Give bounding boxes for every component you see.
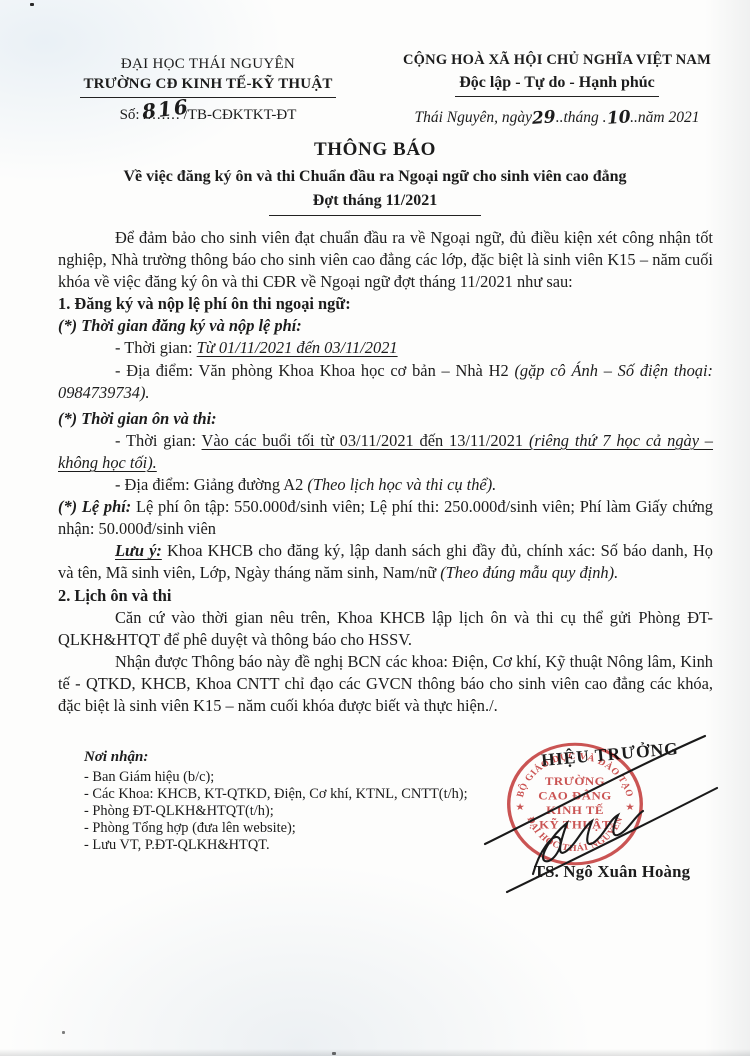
registration-period: Từ 01/11/2021 đến 03/11/2021 (197, 338, 398, 357)
exam-period: Vào các buổi tối từ 03/11/2021 đến 13/11… (202, 431, 529, 450)
place-label: - Địa điểm: (115, 361, 199, 380)
time-label: - Thời gian: (115, 431, 202, 450)
note-italic: (Theo đúng mẫu quy định). (440, 563, 618, 582)
registration-place: Văn phòng Khoa Khoa học cơ bản – Nhà H2 (199, 361, 515, 380)
recipients-heading: Nơi nhận: (84, 749, 514, 766)
motto: Độc lập - Tự do - Hạnh phúc (383, 72, 731, 96)
document-subtitle: Về việc đăng ký ôn và thi Chuẩn đầu ra N… (0, 166, 750, 188)
date-prefix: Thái Nguyên, ngày (414, 109, 532, 126)
exam-place-line: - Địa điểm: Giảng đường A2 (Theo lịch họ… (58, 474, 713, 496)
closing-paragraph: Nhận được Thông báo này đề nghị BCN các … (58, 651, 713, 717)
fee-heading: (*) Lệ phí: (58, 497, 131, 516)
scan-speck (30, 3, 34, 6)
registration-place-line: - Địa điểm: Văn phòng Khoa Khoa học cơ b… (58, 360, 713, 404)
document-batch: Đợt tháng 11/2021 (0, 190, 750, 216)
handwritten-signature (455, 724, 725, 894)
national-motto-block: CỘNG HOÀ XÃ HỘI CHỦ NGHĨA VIỆT NAM Độc l… (383, 50, 731, 129)
note-heading: Lưu ý: (115, 541, 162, 560)
exam-place: Giảng đường A2 (194, 475, 308, 494)
place-date-line: Thái Nguyên, ngày29..tháng .10..năm 2021 (383, 106, 731, 130)
handwritten-day: 29 (531, 106, 556, 131)
doc-number-prefix: Số: (120, 107, 140, 123)
exam-place-note: (Theo lịch học và thi cụ thể). (307, 475, 496, 494)
section2-heading: 2. Lịch ôn và thi (58, 585, 713, 607)
recipient-item: - Các Khoa: KHCB, KT-QTKD, Điện, Cơ khí,… (84, 786, 514, 803)
section1-heading: 1. Đăng ký và nộp lệ phí ôn thi ngoại ng… (58, 293, 713, 315)
date-mid: ..tháng . (556, 109, 607, 126)
document-number-line: Số:........816/TB-CĐKTKT-ĐT (58, 105, 358, 125)
time-label: - Thời gian: (115, 338, 197, 357)
recipients-block: Nơi nhận: - Ban Giám hiệu (b/c); - Các K… (84, 749, 514, 853)
handwritten-month: 10 (606, 106, 631, 131)
schedule-paragraph: Căn cứ vào thời gian nêu trên, Khoa KHCB… (58, 607, 713, 651)
exam-time-heading: (*) Thời gian ôn và thi: (58, 408, 713, 430)
handwritten-doc-number: 816 (140, 93, 191, 126)
registration-time-heading: (*) Thời gian đăng ký và nộp lệ phí: (58, 315, 713, 337)
note-paragraph: Lưu ý: Khoa KHCB cho đăng ký, lập danh s… (58, 540, 713, 584)
recipient-item: - Phòng ĐT-QLKH&HTQT(t/h); (84, 803, 514, 820)
country-header: CỘNG HOÀ XÃ HỘI CHỦ NGHĨA VIỆT NAM (383, 50, 731, 70)
school-name: TRƯỜNG CĐ KINH TẾ-KỸ THUẬT (58, 74, 358, 97)
registration-time-line: - Thời gian: Từ 01/11/2021 đến 03/11/202… (58, 337, 713, 359)
intro-paragraph: Để đảm bảo cho sinh viên đạt chuẩn đầu r… (58, 227, 713, 293)
doc-number-dots: ........816 (140, 105, 184, 125)
date-suffix: ..năm 2021 (630, 109, 699, 126)
exam-time-line: - Thời gian: Vào các buổi tối từ 03/11/2… (58, 430, 713, 474)
title-block: THÔNG BÁO Về việc đăng ký ôn và thi Chuẩ… (0, 137, 750, 216)
parent-org-name: ĐẠI HỌC THÁI NGUYÊN (58, 54, 358, 74)
recipient-item: - Lưu VT, P.ĐT-QLKH&HTQT. (84, 837, 514, 854)
recipient-item: - Phòng Tổng hợp (đưa lên website); (84, 820, 514, 837)
scan-speck (332, 1052, 336, 1055)
scanned-document-page: ĐẠI HỌC THÁI NGUYÊN TRƯỜNG CĐ KINH TẾ-KỸ… (0, 0, 750, 1056)
scan-speck (62, 1031, 65, 1034)
issuing-org-block: ĐẠI HỌC THÁI NGUYÊN TRƯỜNG CĐ KINH TẾ-KỸ… (58, 54, 358, 125)
doc-number-suffix: /TB-CĐKTKT-ĐT (184, 107, 297, 123)
place-label: - Địa điểm: (115, 475, 194, 494)
document-title: THÔNG BÁO (0, 137, 750, 164)
recipient-item: - Ban Giám hiệu (b/c); (84, 769, 514, 786)
document-body: Để đảm bảo cho sinh viên đạt chuẩn đầu r… (58, 227, 713, 717)
fee-details: Lệ phí ôn tập: 550.000đ/sinh viên; Lệ ph… (58, 497, 713, 538)
fee-paragraph: (*) Lệ phí: Lệ phí ôn tập: 550.000đ/sinh… (58, 496, 713, 540)
